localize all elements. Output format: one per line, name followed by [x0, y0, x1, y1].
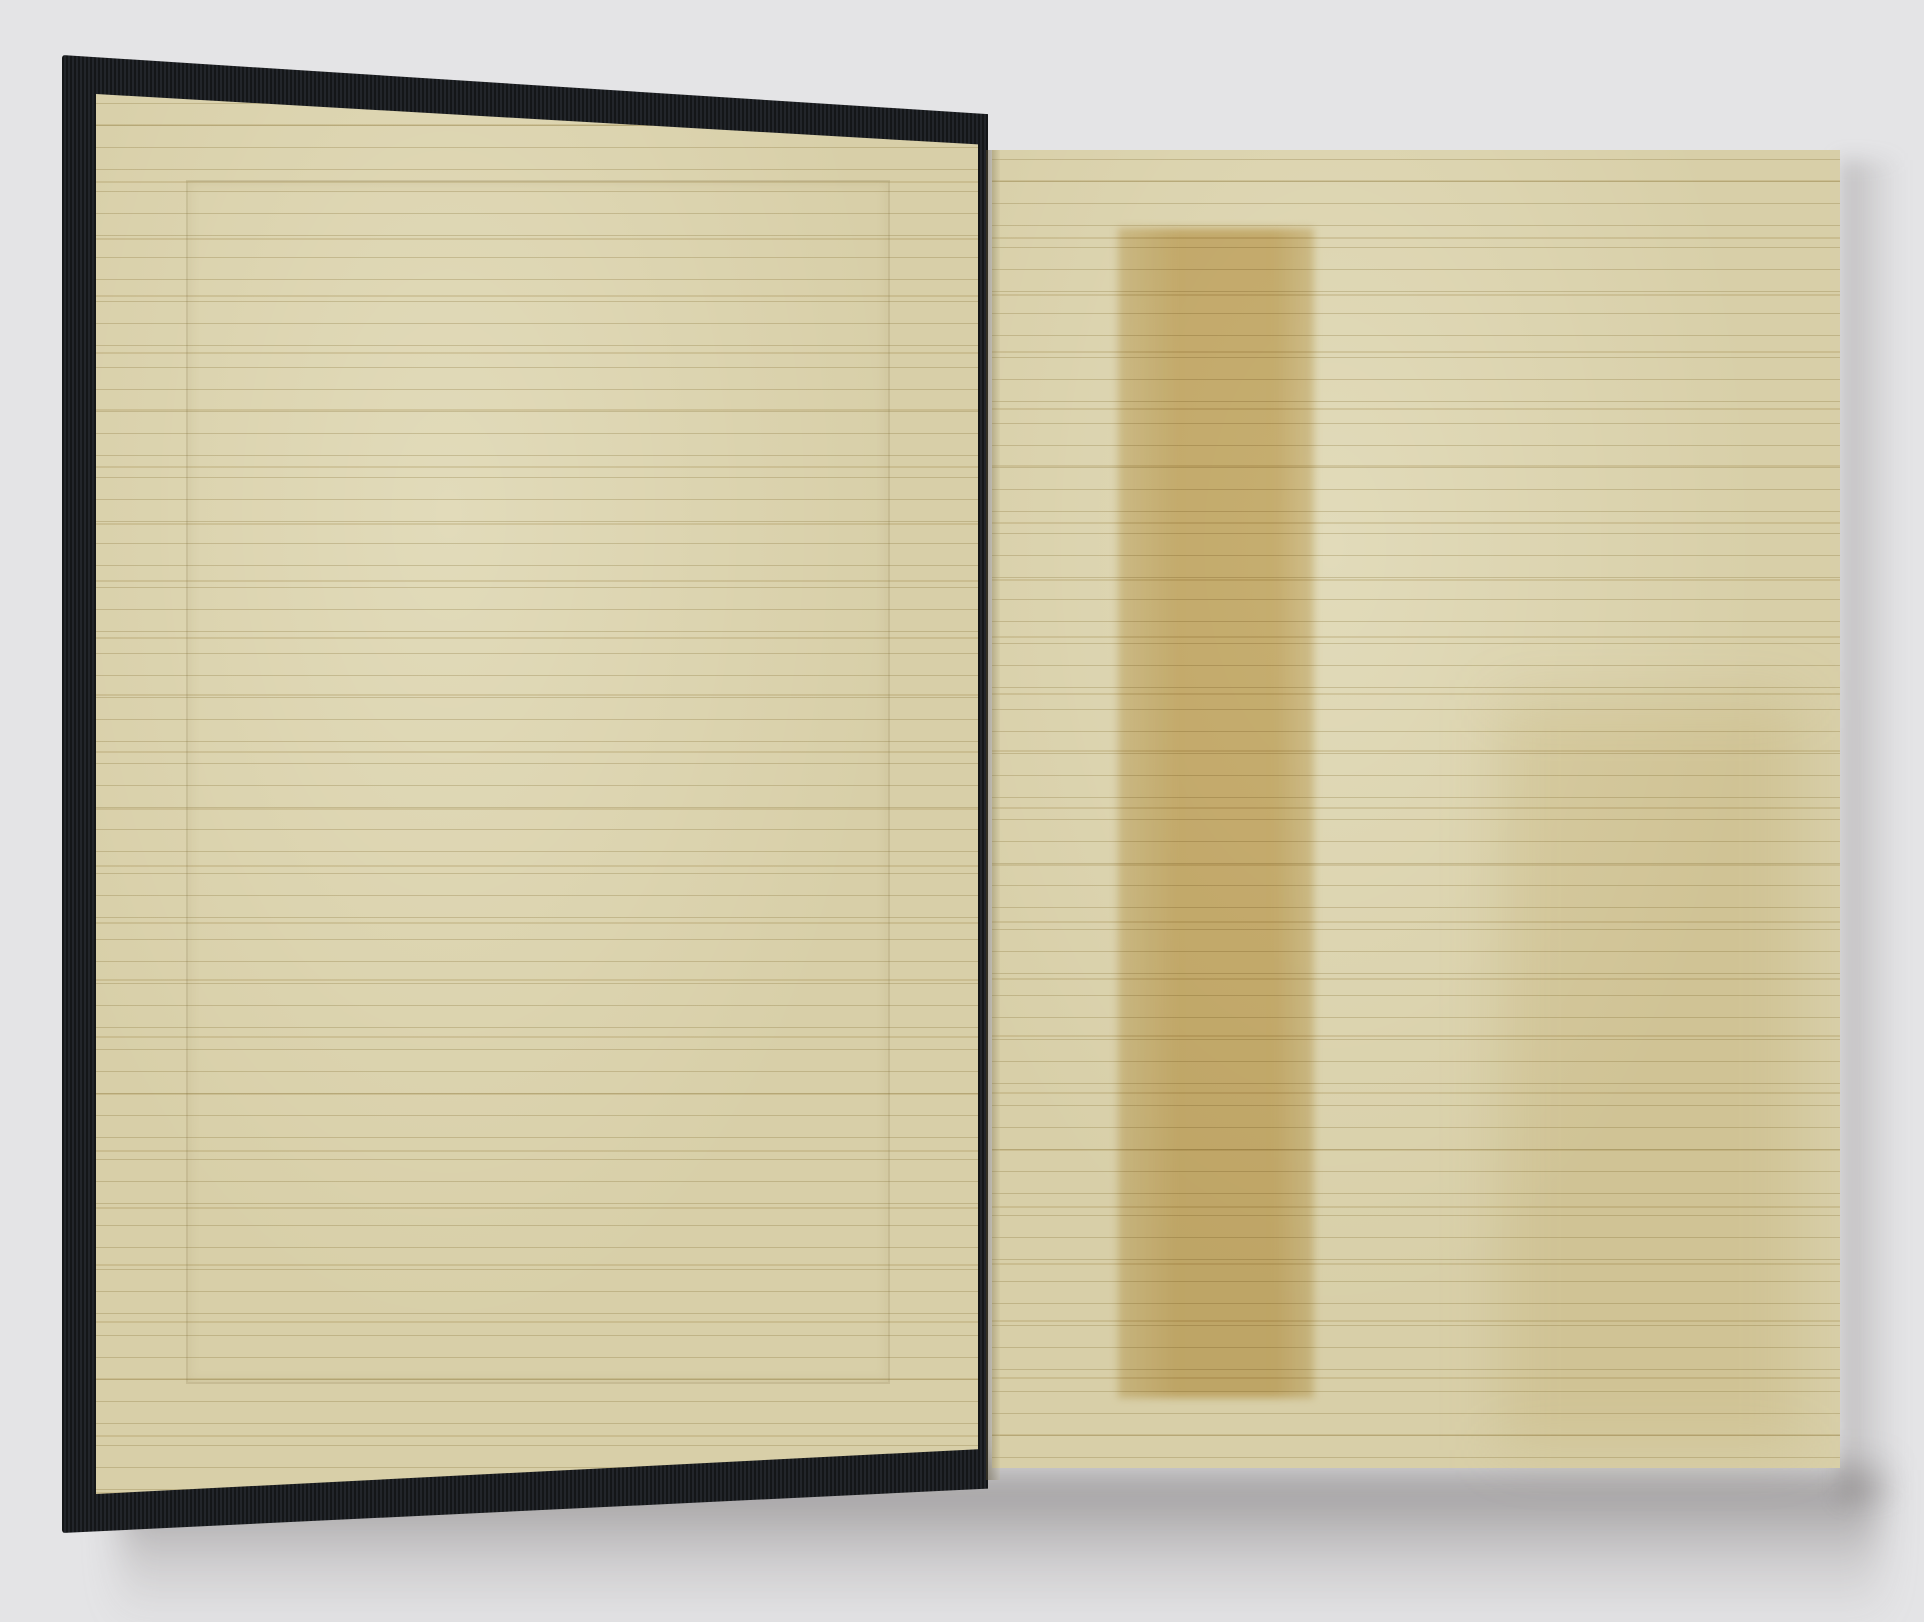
- book-photo: [0, 0, 1924, 1622]
- tan-stain-stripe: [1118, 228, 1314, 1398]
- page-edge-shadow: [1840, 160, 1900, 1500]
- cover-turn-in-outline: [186, 180, 890, 1384]
- book-gutter: [986, 150, 1000, 1480]
- faint-stain: [1500, 700, 1800, 1450]
